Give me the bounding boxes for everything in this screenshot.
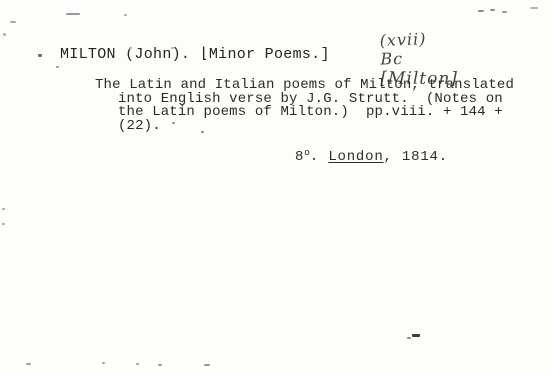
scan-speck xyxy=(124,14,127,16)
description-line: the Latin poems of Milton.) pp.viii. + 1… xyxy=(118,106,514,120)
scan-speck xyxy=(56,66,59,68)
scan-speck xyxy=(171,47,174,49)
scan-speck xyxy=(478,10,484,12)
scan-speck xyxy=(38,54,42,57)
format-number: 8 xyxy=(295,149,304,165)
catalog-card: (xvii) Bc [Milton] MILTON (John). ⌊Minor… xyxy=(0,0,550,374)
scan-speck xyxy=(10,21,16,23)
shelfmark-volume: (xvii) xyxy=(380,29,427,50)
scan-speck xyxy=(407,337,411,339)
scan-speck xyxy=(172,122,175,124)
publication-place: London xyxy=(328,149,383,165)
scan-speck xyxy=(412,334,420,337)
publication-year: , 1814. xyxy=(384,149,448,165)
scan-speck xyxy=(2,208,5,210)
shelfmark-class: Bc xyxy=(380,49,403,68)
entry-description: The Latin and Italian poems of Milton, t… xyxy=(95,79,514,134)
imprint-separator: . xyxy=(310,149,328,165)
scan-speck xyxy=(2,223,5,225)
format-ordinal: o xyxy=(304,147,310,158)
scan-speck xyxy=(66,13,80,15)
scan-speck xyxy=(490,9,495,11)
scan-speck xyxy=(102,362,105,364)
scan-speck xyxy=(530,7,538,9)
scan-speck xyxy=(201,131,204,133)
scan-speck xyxy=(204,364,210,366)
scan-speck xyxy=(129,47,132,49)
scan-speck xyxy=(158,364,162,366)
description-line: (22). xyxy=(118,120,514,134)
imprint-line: 8o. London, 1814. xyxy=(295,149,448,166)
scan-speck xyxy=(3,33,6,36)
scan-speck xyxy=(502,11,507,13)
entry-heading: MILTON (John). ⌊Minor Poems.] xyxy=(60,46,330,64)
scan-speck xyxy=(136,363,139,365)
scan-speck xyxy=(26,363,31,365)
